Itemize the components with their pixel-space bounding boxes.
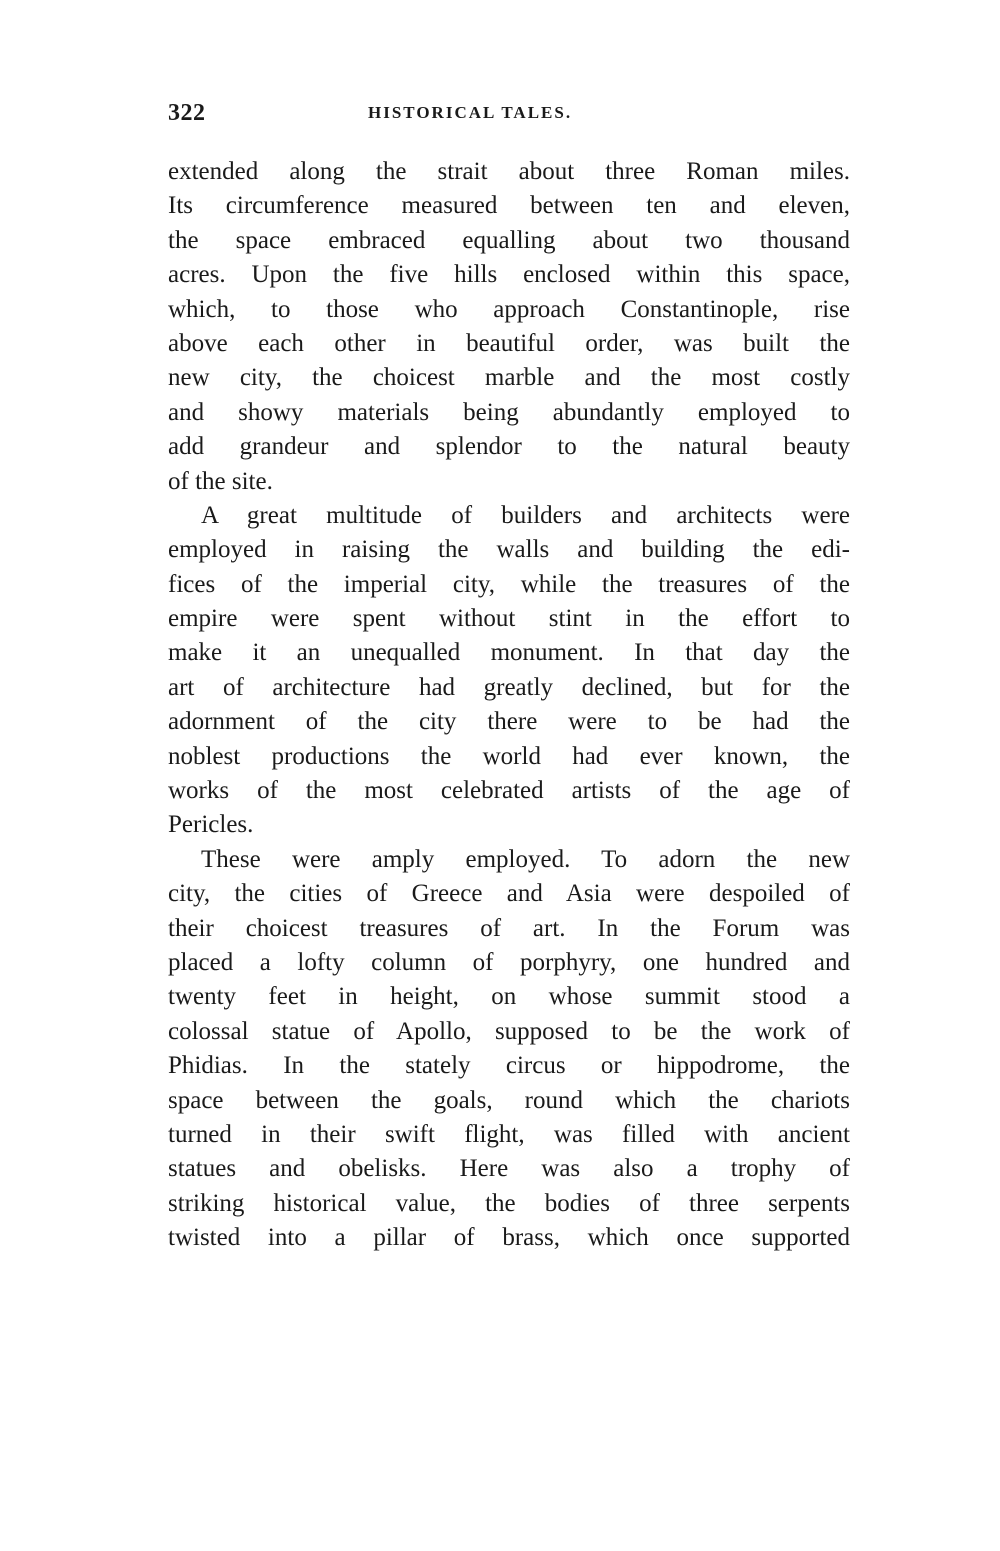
text-line: which, to those who approach Constantino…: [168, 293, 850, 327]
text-line: adornment of the city there were to be h…: [168, 705, 850, 739]
text-line: Its circumference measured between ten a…: [168, 189, 850, 223]
text-line: fices of the imperial city, while the tr…: [168, 568, 850, 602]
text-line: empire were spent without stint in the e…: [168, 602, 850, 636]
text-line: Phidias. In the stately circus or hippod…: [168, 1049, 850, 1083]
text-line: the space embraced equalling about two t…: [168, 224, 850, 258]
text-line: turned in their swift flight, was filled…: [168, 1118, 850, 1152]
text-line: twisted into a pillar of brass, which on…: [168, 1221, 850, 1255]
running-head: 322 HISTORICAL TALES.: [168, 100, 850, 130]
text-line: twenty feet in height, on whose summit s…: [168, 980, 850, 1014]
text-line: their choicest treasures of art. In the …: [168, 912, 850, 946]
text-line: striking historical value, the bodies of…: [168, 1187, 850, 1221]
running-title: HISTORICAL TALES.: [368, 103, 572, 123]
text-line: of the site.: [168, 465, 850, 499]
paragraph: A great multitude of builders and archit…: [168, 499, 850, 843]
text-line: colossal statue of Apollo, supposed to b…: [168, 1015, 850, 1049]
text-line: placed a lofty column of porphyry, one h…: [168, 946, 850, 980]
paragraph: These were amply employed. To adorn the …: [168, 843, 850, 1256]
text-line: noblest productions the world had ever k…: [168, 740, 850, 774]
text-line: and showy materials being abundantly emp…: [168, 396, 850, 430]
text-line: These were amply employed. To adorn the …: [168, 843, 850, 877]
text-line: employed in raising the walls and buildi…: [168, 533, 850, 567]
page-number: 322: [168, 100, 206, 127]
text-line: extended along the strait about three Ro…: [168, 155, 850, 189]
text-line: acres. Upon the five hills enclosed with…: [168, 258, 850, 292]
text-line: city, the cities of Greece and Asia were…: [168, 877, 850, 911]
text-line: art of architecture had greatly declined…: [168, 671, 850, 705]
text-line: A great multitude of builders and archit…: [168, 499, 850, 533]
text-line: above each other in beautiful order, was…: [168, 327, 850, 361]
text-line: add grandeur and splendor to the natural…: [168, 430, 850, 464]
text-line: new city, the choicest marble and the mo…: [168, 361, 850, 395]
paragraph: extended along the strait about three Ro…: [168, 155, 850, 499]
text-line: works of the most celebrated artists of …: [168, 774, 850, 808]
body-text: extended along the strait about three Ro…: [168, 155, 850, 1256]
text-line: space between the goals, round which the…: [168, 1084, 850, 1118]
text-line: make it an unequalled monument. In that …: [168, 636, 850, 670]
text-line: Pericles.: [168, 808, 850, 842]
text-line: statues and obelisks. Here was also a tr…: [168, 1152, 850, 1186]
